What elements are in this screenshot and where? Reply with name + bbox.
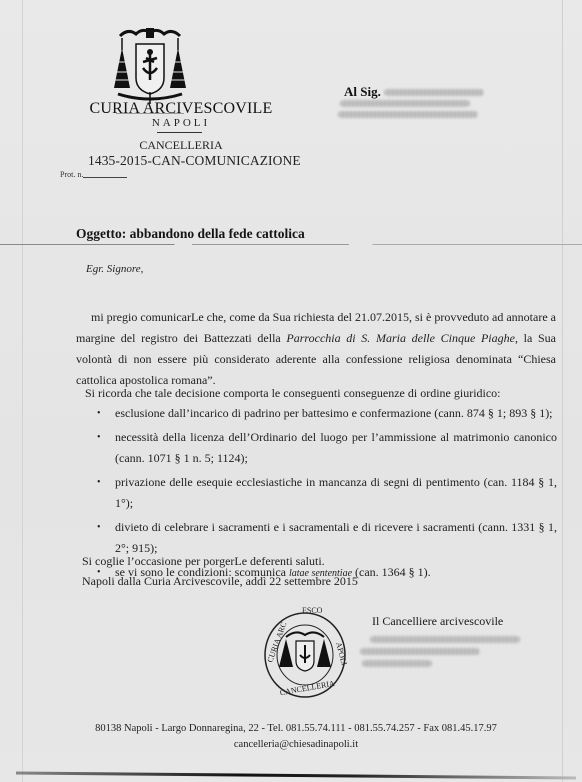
page-bottom-edge	[16, 772, 576, 780]
list-item: esclusione dall’incarico di padrino per …	[95, 403, 557, 424]
footer-address: 80138 Napoli - Largo Donnaregina, 22 - T…	[86, 723, 506, 734]
list-item: necessità della licenza dell’Ordinario d…	[95, 427, 557, 469]
parish-name: Parrocchia di S. Maria delle Cinque Piag…	[286, 331, 515, 345]
seal-text-right: APOLI	[334, 641, 348, 666]
institution-city: NAPOLI	[66, 117, 296, 129]
dateline: Napoli dalla Curia Arcivescovile, addì 2…	[82, 571, 562, 592]
institution-name: CURIA ARCIVESCOVILE	[66, 100, 296, 118]
seal-text-bottom: CANCELLERIA	[279, 679, 335, 698]
redacted-signer-name	[360, 648, 480, 655]
coat-of-arms-icon	[110, 28, 190, 110]
recipient-label: Al Sig.	[344, 84, 381, 100]
office-name: CANCELLERIA	[66, 138, 296, 153]
scan-edge-left	[22, 0, 23, 782]
body-paragraph-1: mi pregio comunicarLe che, come da Sua r…	[76, 307, 556, 391]
city-divider	[157, 132, 202, 133]
subject-divider	[0, 244, 582, 245]
protocol-number: 1435-2015-CAN-COMUNICAZIONE	[88, 153, 301, 169]
signer-title: Il Cancelliere arcivescovile	[372, 614, 503, 629]
redacted-recipient-city	[338, 111, 478, 118]
letter-subject: Oggetto: abbandono della fede cattolica	[76, 226, 305, 242]
redacted-recipient-address	[340, 100, 470, 107]
redacted-signature	[370, 636, 520, 643]
seal-text-top: ESCO	[302, 606, 323, 615]
salutation: Egr. Signore,	[86, 263, 143, 275]
body-paragraph-2: Si ricorda che tale decisione comporta l…	[85, 383, 565, 404]
prot-label: Prot. n.	[60, 170, 83, 179]
footer-email: cancelleria@chiesadinapoli.it	[86, 739, 506, 750]
redacted-signer-line	[362, 660, 432, 667]
letter-page: CURIA ARCIVESCOVILE NAPOLI CANCELLERIA 1…	[0, 0, 582, 782]
redacted-recipient-name	[384, 89, 484, 96]
chancery-seal-icon: CURIA ARC ESCO APOLI CANCELLERIA	[262, 603, 348, 701]
list-item: privazione delle esequie ecclesiastiche …	[95, 472, 557, 514]
prot-blank-line	[83, 177, 127, 178]
closing-line: Si coglie l’occasione per porgerLe defer…	[82, 551, 562, 572]
